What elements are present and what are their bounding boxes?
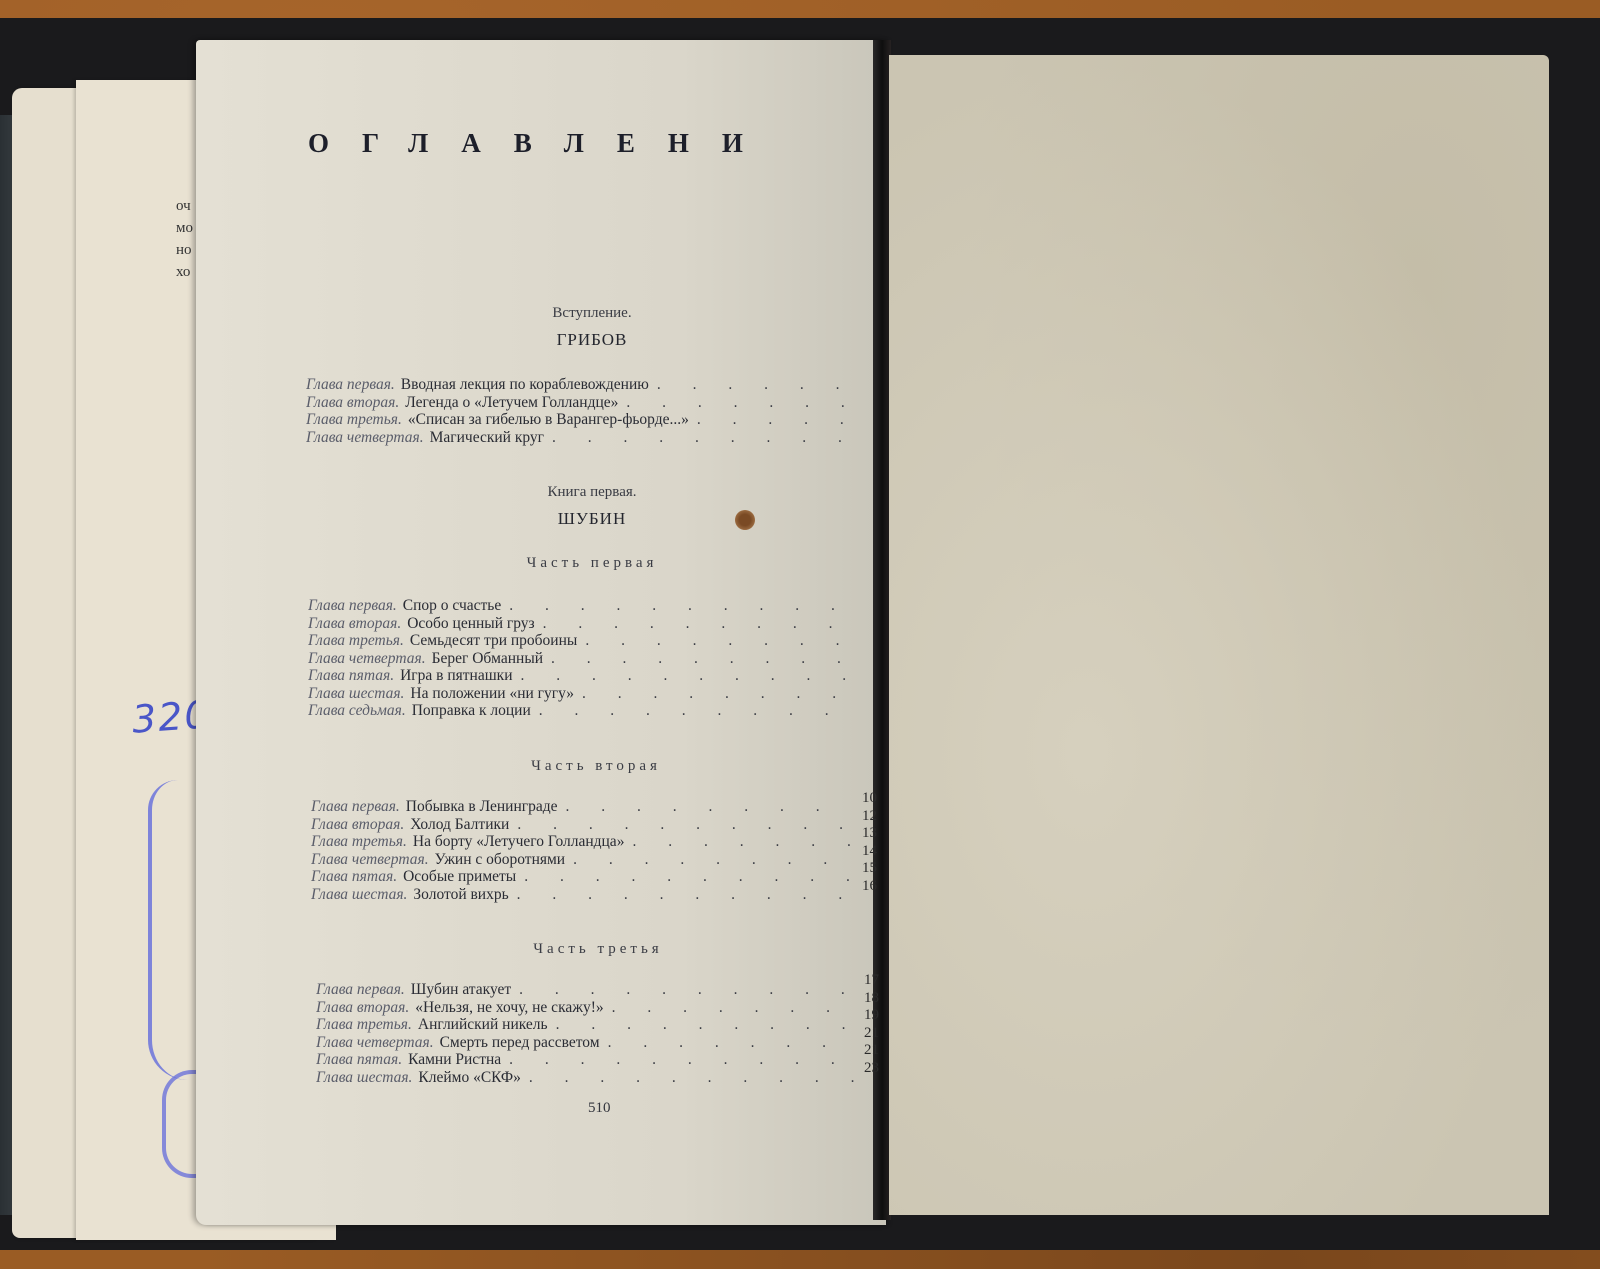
- leader-dots: . . . . . . . . . . . . . . . . . . . . …: [524, 868, 851, 886]
- chapter-title: «Списан за гибелью в Варангер-фьорде...»: [408, 411, 689, 429]
- fragment-line: хо: [176, 261, 193, 283]
- leader-dots: . . . . . . . . . . . . . . . . . . . . …: [566, 798, 851, 816]
- page-number: 13: [862, 825, 886, 843]
- book-heading: ШУБИН: [442, 509, 742, 529]
- page-number: 14: [862, 843, 886, 861]
- leader-dots: . . . . . . . . . . . . . . . . . . . . …: [657, 376, 846, 394]
- page-number: 10: [862, 790, 886, 808]
- leader-dots: . . . . . . . . . . . . . . . . . . . . …: [632, 833, 851, 851]
- intro-heading: ГРИБОВ: [442, 330, 742, 350]
- chapter-number: Глава третья.: [311, 833, 407, 851]
- page-folio-number: 510: [588, 1100, 611, 1117]
- part-1-chapter-list: Глава первая.Спор о счастье. . . . . . .…: [308, 597, 848, 720]
- chapter-title: Магический круг: [430, 429, 544, 447]
- chapter-title: Легенда о «Летучем Голландце»: [405, 394, 618, 412]
- chapter-title: Клеймо «СКФ»: [418, 1069, 520, 1087]
- chapter-title: Побывка в Ленинграде: [406, 798, 558, 816]
- chapter-title: Ужин с оборотнями: [435, 851, 566, 869]
- chapter-title: Поправка к лоции: [412, 702, 531, 720]
- chapter-number: Глава пятая.: [316, 1051, 402, 1069]
- leader-dots: . . . . . . . . . . . . . . . . . . . . …: [582, 685, 848, 703]
- leader-dots: . . . . . . . . . . . . . . . . . . . . …: [697, 411, 846, 429]
- fragment-line: оч: [176, 195, 193, 217]
- chapter-number: Глава четвертая.: [316, 1034, 434, 1052]
- toc-entry[interactable]: Глава шестая.Золотой вихрь. . . . . . . …: [311, 886, 851, 904]
- chapter-title: На положении «ни гугу»: [410, 685, 574, 703]
- page-number: 12: [862, 808, 886, 826]
- part-heading: Часть третья: [448, 941, 748, 958]
- chapter-number: Глава четвертая.: [308, 650, 426, 668]
- toc-entry[interactable]: Глава вторая.«Нельзя, не хочу, не скажу!…: [316, 999, 856, 1017]
- chapter-number: Глава пятая.: [308, 667, 394, 685]
- leader-dots: . . . . . . . . . . . . . . . . . . . . …: [529, 1069, 856, 1087]
- toc-entry[interactable]: Глава четвертая.Смерть перед рассветом. …: [316, 1034, 856, 1052]
- toc-entry[interactable]: Глава первая.Вводная лекция по кораблево…: [306, 376, 846, 394]
- page-number: 16: [862, 878, 886, 896]
- toc-entry[interactable]: Глава шестая.Клеймо «СКФ». . . . . . . .…: [316, 1069, 856, 1087]
- right-blank-page: [889, 55, 1549, 1215]
- chapter-number: Глава первая.: [311, 798, 400, 816]
- chapter-title: Семьдесят три пробоины: [410, 632, 577, 650]
- leader-dots: . . . . . . . . . . . . . . . . . . . . …: [573, 851, 851, 869]
- page-number: 17: [864, 972, 888, 990]
- toc-entry[interactable]: Глава вторая.Особо ценный груз. . . . . …: [308, 615, 848, 633]
- chapter-number: Глава пятая.: [311, 868, 397, 886]
- toc-entry[interactable]: Глава четвертая.Берег Обманный. . . . . …: [308, 650, 848, 668]
- chapter-number: Глава третья.: [306, 411, 402, 429]
- leader-dots: . . . . . . . . . . . . . . . . . . . . …: [556, 1016, 856, 1034]
- book-label: Книга первая.: [442, 484, 742, 501]
- leader-dots: . . . . . . . . . . . . . . . . . . . . …: [517, 816, 851, 834]
- chapter-number: Глава седьмая.: [308, 702, 406, 720]
- chapter-number: Глава четвертая.: [311, 851, 429, 869]
- part-2-page-numbers: 10 12 13 14 15 16: [862, 790, 886, 895]
- chapter-number: Глава четвертая.: [306, 429, 424, 447]
- leader-dots: . . . . . . . . . . . . . . . . . . . . …: [519, 981, 856, 999]
- part-heading: Часть первая: [442, 555, 742, 572]
- part-3-page-numbers: 17 18 19 21 21 23: [864, 972, 888, 1077]
- part-heading: Часть вторая: [446, 758, 746, 775]
- chapter-title: На борту «Летучего Голландца»: [413, 833, 625, 851]
- fragment-line: мо: [176, 217, 193, 239]
- back-page-text-fragment: оч мо но хо: [176, 195, 193, 283]
- chapter-number: Глава первая.: [306, 376, 395, 394]
- intro-chapter-list: Глава первая.Вводная лекция по кораблево…: [306, 376, 846, 446]
- chapter-number: Глава вторая.: [316, 999, 409, 1017]
- leader-dots: . . . . . . . . . . . . . . . . . . . . …: [521, 667, 849, 685]
- chapter-title: Берег Обманный: [432, 650, 543, 668]
- leader-dots: . . . . . . . . . . . . . . . . . . . . …: [626, 394, 846, 412]
- leader-dots: . . . . . . . . . . . . . . . . . . . . …: [585, 632, 848, 650]
- toc-entry[interactable]: Глава шестая.На положении «ни гугу». . .…: [308, 685, 848, 703]
- leader-dots: . . . . . . . . . . . . . . . . . . . . …: [543, 615, 848, 633]
- leader-dots: . . . . . . . . . . . . . . . . . . . . …: [509, 597, 848, 615]
- intro-label: Вступление.: [442, 305, 742, 322]
- toc-entry[interactable]: Глава первая.Побывка в Ленинграде. . . .…: [311, 798, 851, 816]
- toc-entry[interactable]: Глава третья.Семьдесят три пробоины. . .…: [308, 632, 848, 650]
- page-number: 23: [864, 1060, 888, 1078]
- toc-entry[interactable]: Глава четвертая.Магический круг. . . . .…: [306, 429, 846, 447]
- leader-dots: . . . . . . . . . . . . . . . . . . . . …: [509, 1051, 856, 1069]
- part-2-chapter-list: Глава первая.Побывка в Ленинграде. . . .…: [311, 798, 851, 903]
- page-number: 21: [864, 1042, 888, 1060]
- toc-entry[interactable]: Глава третья.«Списан за гибелью в Варанг…: [306, 411, 846, 429]
- chapter-title: Холод Балтики: [410, 816, 509, 834]
- toc-entry[interactable]: Глава третья.Английский никель. . . . . …: [316, 1016, 856, 1034]
- chapter-number: Глава вторая.: [308, 615, 401, 633]
- chapter-number: Глава шестая.: [308, 685, 404, 703]
- chapter-number: Глава шестая.: [316, 1069, 412, 1087]
- chapter-title: Вводная лекция по кораблевождению: [401, 376, 649, 394]
- toc-entry[interactable]: Глава пятая.Камни Ристна. . . . . . . . …: [316, 1051, 856, 1069]
- leader-dots: . . . . . . . . . . . . . . . . . . . . …: [612, 999, 856, 1017]
- chapter-title: Игра в пятнашки: [400, 667, 512, 685]
- page-number: 21: [864, 1025, 888, 1043]
- chapter-title: Особые приметы: [403, 868, 516, 886]
- toc-entry[interactable]: Глава первая.Спор о счастье. . . . . . .…: [308, 597, 848, 615]
- chapter-title: Камни Ристна: [408, 1051, 501, 1069]
- toc-entry[interactable]: Глава вторая.Холод Балтики. . . . . . . …: [311, 816, 851, 834]
- chapter-title: Смерть перед рассветом: [440, 1034, 600, 1052]
- chapter-title: Особо ценный груз: [407, 615, 534, 633]
- toc-entry[interactable]: Глава третья.На борту «Летучего Голландц…: [311, 833, 851, 851]
- leader-dots: . . . . . . . . . . . . . . . . . . . . …: [608, 1034, 856, 1052]
- toc-entry[interactable]: Глава пятая.Особые приметы. . . . . . . …: [311, 868, 851, 886]
- leader-dots: . . . . . . . . . . . . . . . . . . . . …: [552, 429, 846, 447]
- chapter-title: Спор о счастье: [403, 597, 501, 615]
- toc-entry[interactable]: Глава седьмая.Поправка к лоции. . . . . …: [308, 702, 848, 720]
- chapter-number: Глава первая.: [316, 981, 405, 999]
- chapter-title: «Нельзя, не хочу, не скажу!»: [415, 999, 603, 1017]
- part-3-chapter-list: Глава первая.Шубин атакует. . . . . . . …: [316, 981, 856, 1086]
- toc-entry[interactable]: Глава четвертая.Ужин с оборотнями. . . .…: [311, 851, 851, 869]
- chapter-number: Глава третья.: [308, 632, 404, 650]
- leader-dots: . . . . . . . . . . . . . . . . . . . . …: [517, 886, 851, 904]
- chapter-title: Шубин атакует: [411, 981, 511, 999]
- toc-entry[interactable]: Глава первая.Шубин атакует. . . . . . . …: [316, 981, 856, 999]
- chapter-title: Английский никель: [418, 1016, 548, 1034]
- leader-dots: . . . . . . . . . . . . . . . . . . . . …: [551, 650, 848, 668]
- page-number: 18: [864, 990, 888, 1008]
- chapter-number: Глава шестая.: [311, 886, 407, 904]
- chapter-number: Глава вторая.: [311, 816, 404, 834]
- page-number: 19: [864, 1007, 888, 1025]
- toc-entry[interactable]: Глава пятая.Игра в пятнашки. . . . . . .…: [308, 667, 848, 685]
- page-title: ОГЛАВЛЕНИ: [308, 128, 776, 159]
- chapter-number: Глава вторая.: [306, 394, 399, 412]
- leader-dots: . . . . . . . . . . . . . . . . . . . . …: [539, 702, 848, 720]
- page-number: 15: [862, 860, 886, 878]
- chapter-title: Золотой вихрь: [413, 886, 508, 904]
- fragment-line: но: [176, 239, 193, 261]
- toc-entry[interactable]: Глава вторая.Легенда о «Летучем Голландц…: [306, 394, 846, 412]
- chapter-number: Глава первая.: [308, 597, 397, 615]
- chapter-number: Глава третья.: [316, 1016, 412, 1034]
